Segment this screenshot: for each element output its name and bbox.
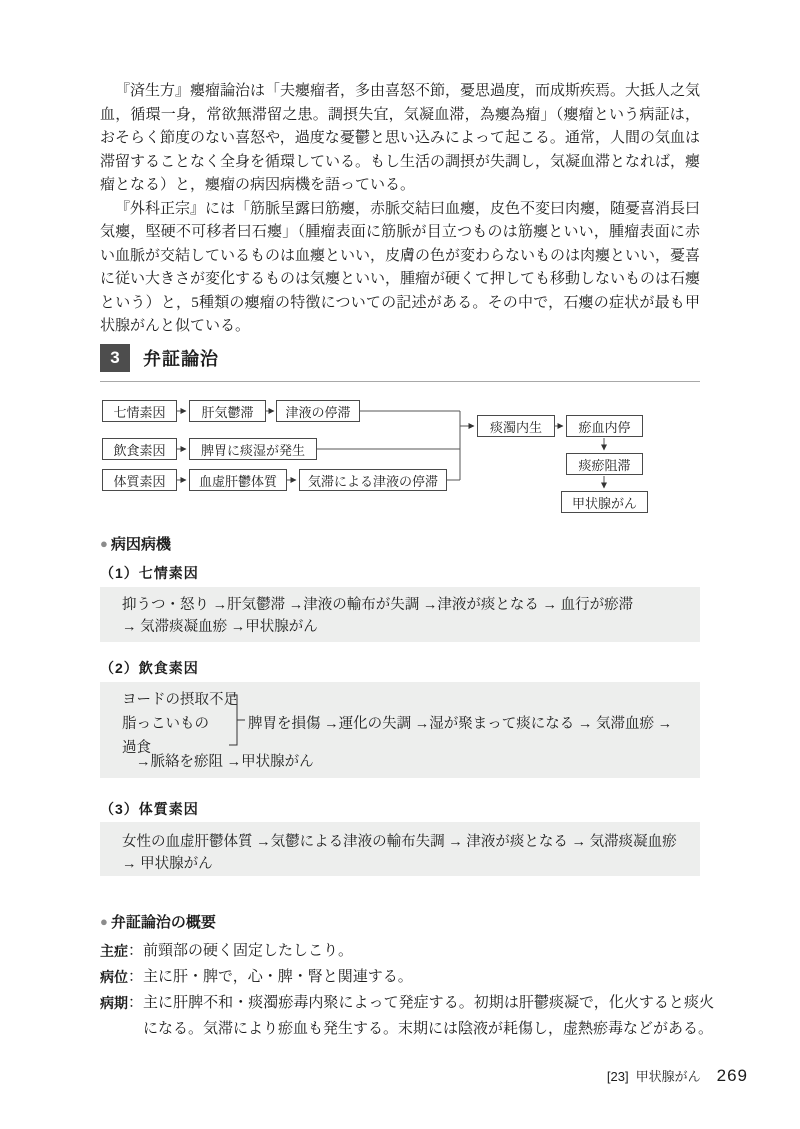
flow-box-phlegm-turbidity: 痰濁内生 <box>477 415 555 437</box>
overview-label: 病期 <box>100 990 128 1016</box>
factor-2-panel: ヨードの摂取不足 脂っこいもの 過食 脾胃を損傷 →運化の失調 →湿が聚まって痰… <box>100 682 700 778</box>
overview-text: 主に肝・脾で，心・脾・腎と関連する。 <box>143 964 714 990</box>
overview-label: 病位 <box>100 964 128 990</box>
flow-box-blood-deficiency: 血虚肝鬱体質 <box>189 469 287 491</box>
overview-row-stage: 病期 ： 主に肝脾不和・痰濁瘀毒内聚によって発症する。初期は肝鬱痰凝で，化火する… <box>100 990 714 1042</box>
flow-box-seven-emotions: 七情素因 <box>102 400 177 422</box>
factor-1-panel: 抑うつ・怒り →肝気鬱滞 →津液の輸布が失調 →津液が痰となる → 血行が瘀滞 … <box>100 587 700 642</box>
pathogenesis-flowchart: 七情素因 肝気鬱滞 津液の停滞 飲食素因 脾胃に痰湿が発生 体質素因 血虚肝鬱体… <box>100 395 700 525</box>
diet-cause-iodine: ヨードの摂取不足 <box>122 688 238 712</box>
flow-box-qi-stagnation-fluid: 気滞による津液の停滞 <box>299 469 447 491</box>
section-header: 3 弁証論治 <box>100 344 700 382</box>
pathogenesis-heading: ● 病因病機 <box>100 533 171 554</box>
page: 『済生方』癭瘤論治は「夫癭瘤者，多由喜怒不節，憂思過度，而成斯疾焉。大抵人之気血… <box>0 0 800 1129</box>
bracket-icon <box>226 694 246 746</box>
paragraph-gekaseisou-quote: 『外科正宗』には「筋脈呈露曰筋癭，赤脈交結曰血癭，皮色不変曰肉癭，随憂喜消長曰気… <box>100 198 700 339</box>
flow-box-constitution-factor: 体質素因 <box>102 469 177 491</box>
overview-list: 主症 ： 前頸部の硬く固定したしこり。 病位 ： 主に肝・脾で，心・脾・腎と関連… <box>100 938 714 1042</box>
flow-box-liver-qi-stagnation: 肝気鬱滞 <box>189 400 266 422</box>
factor-2-flow-line-2: →脈絡を瘀阻 →甲状腺がん <box>136 751 314 773</box>
intro-paragraphs: 『済生方』癭瘤論治は「夫癭瘤者，多由喜怒不節，憂思過度，而成斯疾焉。大抵人之気血… <box>100 80 700 339</box>
flow-box-blood-stasis: 瘀血内停 <box>566 415 643 437</box>
factor-2-flow-line-1: 脾胃を損傷 →運化の失調 →湿が聚まって痰になる → 気滞血瘀 → <box>248 713 672 735</box>
flow-box-thyroid-cancer: 甲状腺がん <box>561 491 648 513</box>
factor-3-panel: 女性の血虚肝鬱体質 →気鬱による津液の輸布失調 → 津液が痰となる → 気滞痰凝… <box>100 822 700 876</box>
section-number-badge: 3 <box>100 344 130 372</box>
flow-box-fluid-stasis: 津液の停滞 <box>276 400 360 422</box>
section-title: 弁証論治 <box>143 345 219 371</box>
factor-1-label: （1）七情素因 <box>100 563 199 583</box>
diet-causes-list: ヨードの摂取不足 脂っこいもの 過食 <box>122 688 238 760</box>
paragraph-saiseiho-quote: 『済生方』癭瘤論治は「夫癭瘤者，多由喜怒不節，憂思過度，而成斯疾焉。大抵人之気血… <box>100 80 700 198</box>
bullet-icon: ● <box>100 536 108 551</box>
bullet-icon: ● <box>100 914 108 929</box>
factor-3-label: （3）体質素因 <box>100 799 199 819</box>
flow-box-phlegm-stasis-block: 痰瘀阻滞 <box>566 453 643 475</box>
footer-page-number: 269 <box>717 1066 748 1086</box>
overview-row-location: 病位 ： 主に肝・脾で，心・脾・腎と関連する。 <box>100 964 714 990</box>
overview-text: 前頸部の硬く固定したしこり。 <box>143 938 714 964</box>
diet-cause-greasy: 脂っこいもの <box>122 712 238 736</box>
overview-text: 主に肝脾不和・痰濁瘀毒内聚によって発症する。初期は肝鬱痰凝で，化火すると痰火にな… <box>143 990 714 1042</box>
overview-separator: ： <box>128 964 143 990</box>
overview-heading-label: 弁証論治の概要 <box>111 911 216 932</box>
overview-heading: ● 弁証論治の概要 <box>100 911 216 932</box>
factor-2-label: （2）飲食素因 <box>100 658 199 678</box>
flow-box-phlegm-damp-spleen: 脾胃に痰湿が発生 <box>189 438 317 460</box>
overview-label: 主症 <box>100 938 128 964</box>
pathogenesis-heading-label: 病因病機 <box>111 533 171 554</box>
footer-chapter-title: 甲状腺がん <box>636 1066 701 1085</box>
flow-box-diet-factor: 飲食素因 <box>102 438 177 460</box>
footer-chapter-number: [23] <box>607 1069 629 1084</box>
overview-row-main-symptom: 主症 ： 前頸部の硬く固定したしこり。 <box>100 938 714 964</box>
overview-separator: ： <box>128 990 143 1016</box>
overview-separator: ： <box>128 938 143 964</box>
page-footer: [23] 甲状腺がん 269 <box>607 1066 748 1086</box>
